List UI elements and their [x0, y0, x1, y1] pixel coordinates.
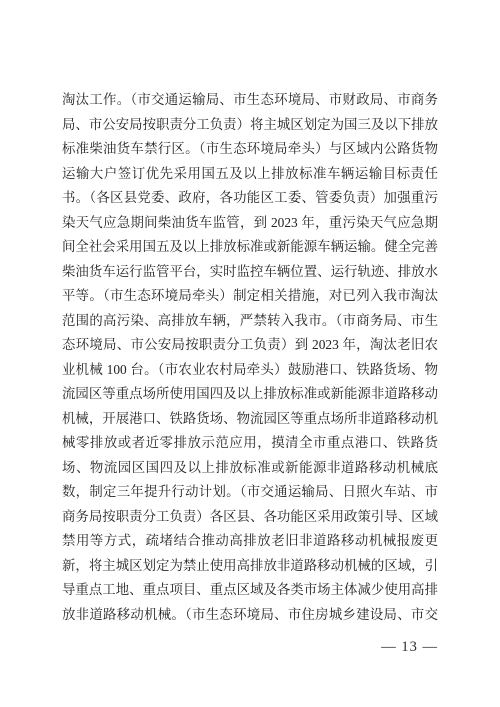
page-number: — 13 — — [381, 639, 438, 656]
text-line: 柴油货车运行监管平台，实时监控车辆位置、运行轨迹、排放水 — [62, 260, 438, 285]
body-text: 淘汰工作。（市交通运输局、市生态环境局、市财政局、市商务局、市公安局按职责分工负… — [62, 88, 438, 627]
text-line: 间全社会采用国五及以上排放标准或新能源车辆运输。健全完善 — [62, 235, 438, 260]
text-line: 械零排放或者近零排放示范应用，摸清全市重点港口、铁路货 — [62, 431, 438, 456]
text-line: 业机械 100 台。（市农业农村局牵头）鼓励港口、铁路货场、物 — [62, 358, 438, 383]
text-line: 局、市公安局按职责分工负责）将主城区划定为国三及以下排放 — [62, 113, 438, 138]
text-line: 书。（各区县党委、政府，各功能区工委、管委负责）加强重污 — [62, 186, 438, 211]
document-page: 淘汰工作。（市交通运输局、市生态环境局、市财政局、市商务局、市公安局按职责分工负… — [0, 0, 500, 707]
text-line: 淘汰工作。（市交通运输局、市生态环境局、市财政局、市商务 — [62, 88, 438, 113]
text-line: 放非道路移动机械。（市生态环境局、市住房城乡建设局、市交 — [62, 603, 438, 628]
text-line: 数，制定三年提升行动计划。（市交通运输局、日照火车站、市 — [62, 480, 438, 505]
text-line: 标准柴油货车禁行区。（市生态环境局牵头）与区域内公路货物 — [62, 137, 438, 162]
text-line: 运输大户签订优先采用国五及以上排放标准车辆运输目标责任 — [62, 162, 438, 187]
text-line: 商务局按职责分工负责）各区县、各功能区采用政策引导、区域 — [62, 505, 438, 530]
text-line: 流园区等重点场所使用国四及以上排放标准或新能源非道路移动 — [62, 382, 438, 407]
text-line: 禁用等方式，疏堵结合推动高排放老旧非道路移动机械报废更 — [62, 529, 438, 554]
text-line: 导重点工地、重点项目、重点区域及各类市场主体减少使用高排 — [62, 578, 438, 603]
text-line: 平等。（市生态环境局牵头）制定相关措施，对已列入我市淘汰 — [62, 284, 438, 309]
text-line: 范围的高污染、高排放车辆，严禁转入我市。（市商务局、市生 — [62, 309, 438, 334]
text-line: 新，将主城区划定为禁止使用高排放非道路移动机械的区域，引 — [62, 554, 438, 579]
text-line: 机械，开展港口、铁路货场、物流园区等重点场所非道路移动机 — [62, 407, 438, 432]
text-line: 染天气应急期间柴油货车监管，到 2023 年，重污染天气应急期 — [62, 211, 438, 236]
text-line: 场、物流园区国四及以上排放标准或新能源非道路移动机械底 — [62, 456, 438, 481]
text-line: 态环境局、市公安局按职责分工负责）到 2023 年，淘汰老旧农 — [62, 333, 438, 358]
